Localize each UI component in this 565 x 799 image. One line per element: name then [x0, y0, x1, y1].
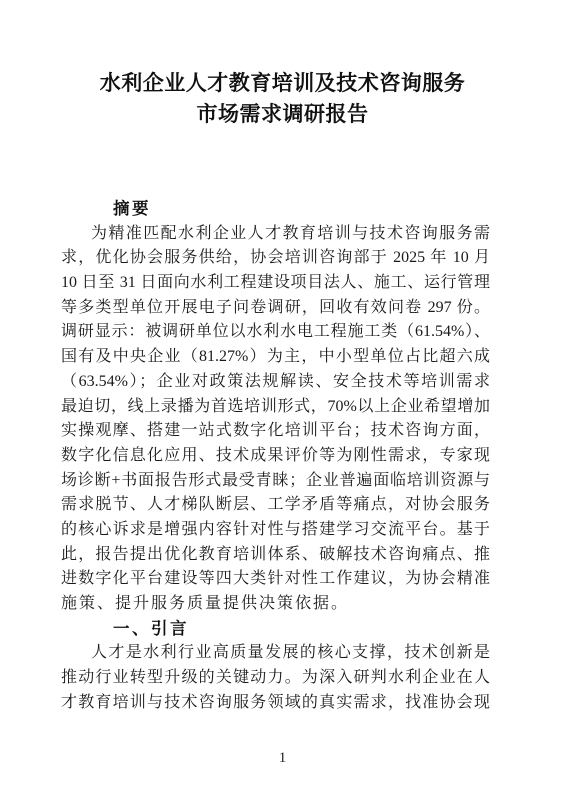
abstract-line: 国有及中央企业（81.27%）为主，中小型单位占比超六成	[61, 345, 490, 370]
abstract-line: 需求脱节、人才梯队断层、工学矛盾等痛点，对协会服务	[61, 493, 490, 518]
document-body: 摘要为精准匹配水利企业人才教育培训与技术咨询服务需求，优化协会服务供给，协会培训…	[61, 197, 490, 715]
abstract-line: 施策、提升服务质量提供决策依据。	[61, 592, 490, 617]
document-page: 水利企业人才教育培训及技术咨询服务 市场需求调研报告 摘要为精准匹配水利企业人才…	[0, 0, 565, 799]
report-title-line-1: 水利企业人才教育培训及技术咨询服务	[0, 68, 565, 99]
report-title: 水利企业人才教育培训及技术咨询服务 市场需求调研报告	[0, 0, 565, 130]
abstract-line: 此，报告提出优化教育培训体系、破解技术咨询痛点、推	[61, 543, 490, 568]
abstract-line: 10 日至 31 日面向水利工程建设项目法人、施工、运行管理	[61, 271, 490, 296]
abstract-line: 数字化信息化应用、技术成果评价等为刚性需求，专家现	[61, 444, 490, 469]
abstract-line: 调研显示：被调研单位以水利水电工程施工类（61.54%）、	[61, 320, 490, 345]
abstract-line: 进数字化平台建设等四大类针对性工作建议，为协会精准	[61, 567, 490, 592]
report-title-line-2: 市场需求调研报告	[0, 99, 565, 130]
introduction-line: 推动行业转型升级的关键动力。为深入研判水利企业在人	[61, 666, 490, 691]
abstract-line: 为精准匹配水利企业人才教育培训与技术咨询服务需	[61, 222, 490, 247]
abstract-line: 场诊断+书面报告形式最受青睐；企业普遍面临培训资源与	[61, 469, 490, 494]
abstract-line: 最迫切，线上录播为首选培训形式，70%以上企业希望增加	[61, 395, 490, 420]
abstract-line: 求，优化协会服务供给，协会培训咨询部于 2025 年 10 月	[61, 246, 490, 271]
introduction-line: 才教育培训与技术咨询服务领域的真实需求，找准协会现	[61, 691, 490, 716]
page-number: 1	[0, 748, 565, 768]
abstract-line: 等多类型单位开展电子问卷调研，回收有效问卷 297 份。	[61, 296, 490, 321]
abstract-line: （63.54%）；企业对政策法规解读、安全技术等培训需求	[61, 370, 490, 395]
abstract-heading: 摘要	[61, 197, 490, 222]
abstract-line: 实操观摩、搭建一站式数字化培训平台；技术咨询方面，	[61, 419, 490, 444]
introduction-heading: 一、引言	[61, 617, 490, 642]
abstract-line: 的核心诉求是增强内容针对性与搭建学习交流平台。基于	[61, 518, 490, 543]
introduction-line: 人才是水利行业高质量发展的核心支撑，技术创新是	[61, 641, 490, 666]
